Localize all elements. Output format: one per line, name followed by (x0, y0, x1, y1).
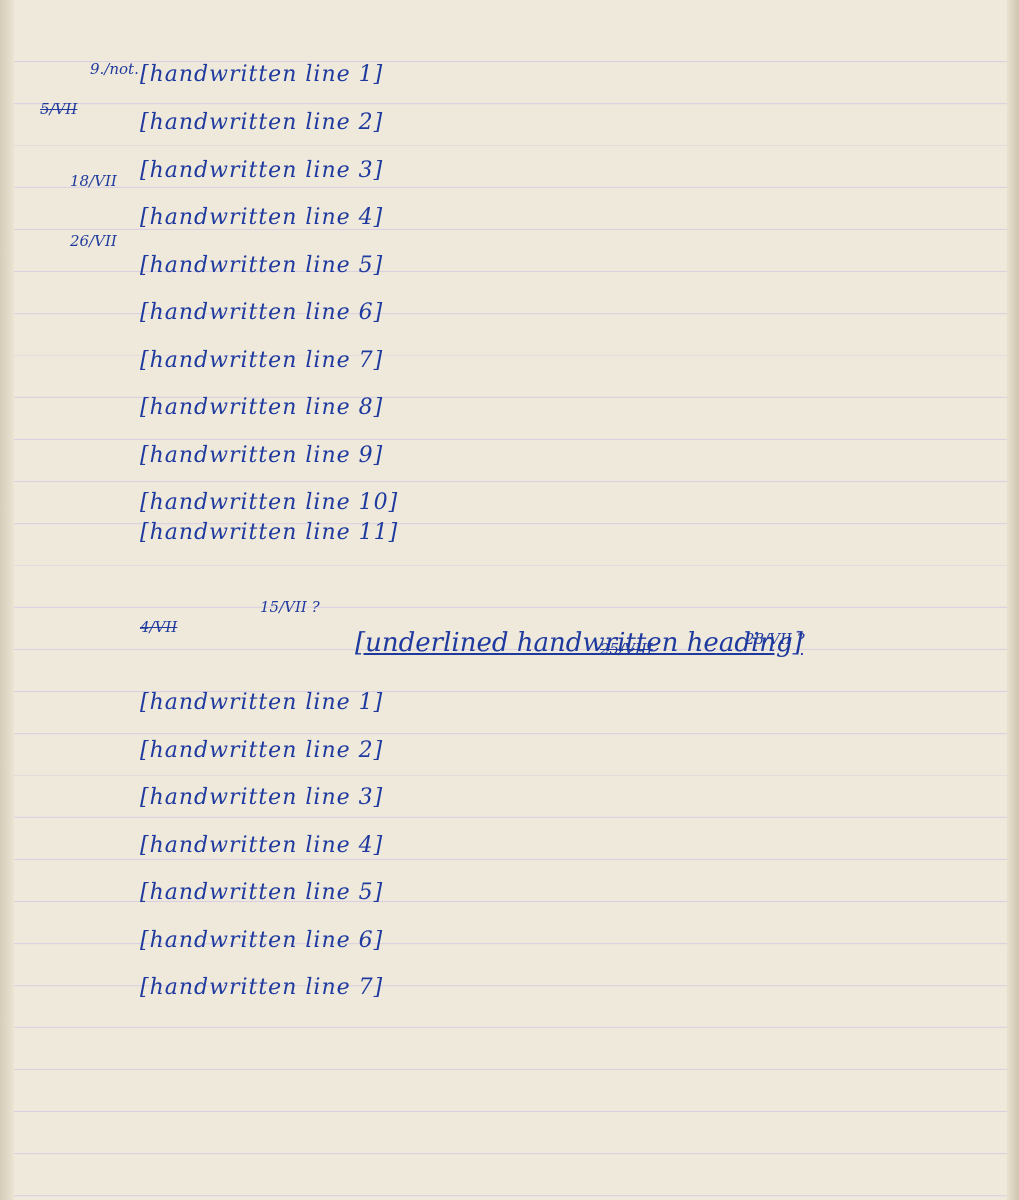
text-line: [handwritten line 2] (140, 738, 979, 768)
text-line: [handwritten line 8] (140, 395, 979, 425)
text-line: [handwritten line 1] (140, 690, 979, 720)
text-line: [handwritten line 5] (140, 880, 979, 910)
page-right-edge (1007, 0, 1019, 1200)
text-line: [handwritten line 4] (140, 205, 979, 235)
text-line: [handwritten line 3] (140, 158, 979, 188)
mid-crossed-date: 4/VII (140, 618, 177, 636)
text-line: [handwritten line 6] (140, 300, 979, 330)
notebook-page: 9./not. 5/VII 18/VII 26/VII [handwritten… (0, 0, 1019, 1200)
heading-date: 28/VII ? (745, 630, 805, 648)
page-left-edge (0, 0, 14, 1200)
text-line: [handwritten line 7] (140, 975, 979, 1005)
text-line: [handwritten line 6] (140, 928, 979, 958)
text-line: [handwritten line 4] (140, 833, 979, 863)
text-line: [handwritten line 9] (140, 443, 979, 473)
text-line: [handwritten line 7] (140, 348, 979, 378)
text-line: [handwritten line 3] (140, 785, 979, 815)
text-line: [handwritten line 10] (140, 490, 979, 520)
heading-crossed-date: 25/VIII (600, 640, 653, 658)
margin-note-top: 9./not. (90, 60, 139, 78)
mid-date: 15/VII ? (260, 598, 320, 616)
margin-date-1: 18/VII (70, 172, 117, 190)
margin-crossed-date: 5/VII (40, 100, 77, 118)
text-line: [handwritten line 2] (140, 110, 979, 140)
margin-date-2: 26/VII (70, 232, 117, 250)
text-line: [handwritten line 5] (140, 253, 979, 283)
text-line: [handwritten line 11] (140, 520, 979, 550)
section-2-heading: [underlined handwritten heading] (355, 628, 803, 658)
text-line: [handwritten line 1] (140, 62, 979, 92)
